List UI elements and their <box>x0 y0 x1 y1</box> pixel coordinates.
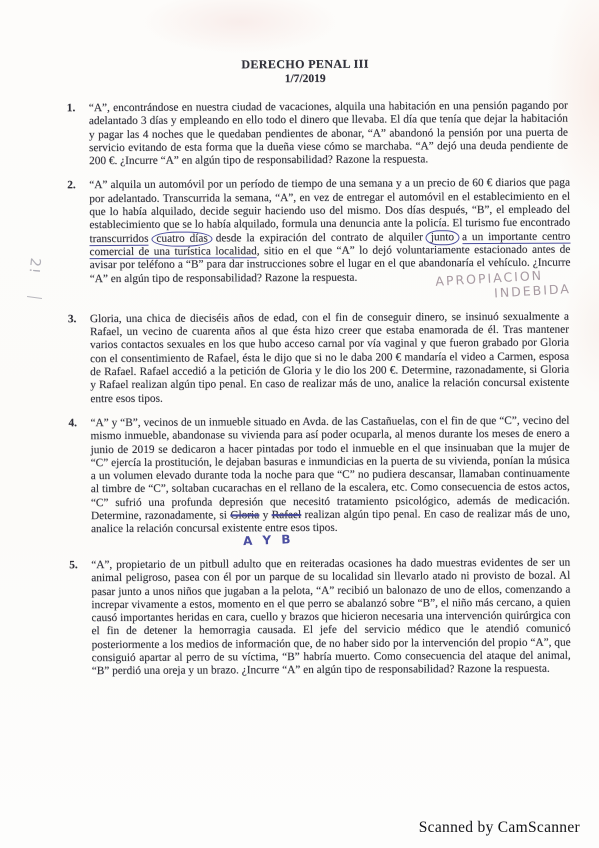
text-run: “A”, encontrándose en nuestra ciudad de … <box>89 100 568 168</box>
document-title: DERECHO PENAL III <box>13 55 598 73</box>
question-item: 2.“A” alquila un automóvil por un períod… <box>67 177 569 302</box>
margin-pencil-mark: 2! <box>25 257 43 275</box>
handwritten-text: A Y B <box>243 533 294 548</box>
question-item: 4.“A” y “B”, vecinos de un inmueble situ… <box>68 415 570 549</box>
question-item: 1.“A”, encontrándose en nuestra ciudad d… <box>67 100 568 169</box>
question-text: “A” y “B”, vecinos de un inmueble situad… <box>90 415 570 548</box>
pen-annotated-text: Rafael <box>272 509 302 521</box>
pen-annotated-text: transcurridos <box>89 232 148 245</box>
text-run: “A”, propietario de un pitbull adulto qu… <box>91 556 571 677</box>
handwritten-text: INDEBIDA <box>494 281 572 300</box>
question-item: 5.“A”, propietario de un pitbull adulto … <box>69 556 571 678</box>
question-number: 5. <box>69 559 92 679</box>
handwritten-note: A Y B <box>243 533 294 548</box>
text-run: y <box>259 509 272 521</box>
question-item: 3.Gloria, una chica de dieciséis años de… <box>68 310 569 406</box>
question-text: “A” alquila un automóvil por un período … <box>89 177 570 302</box>
question-number: 3. <box>68 313 90 406</box>
question-number: 2. <box>67 180 90 302</box>
document-header: DERECHO PENAL III 1/7/2019 <box>0 55 598 86</box>
pen-annotated-text: junto <box>426 230 459 245</box>
scanned-document-page: DERECHO PENAL III 1/7/2019 1.“A”, encont… <box>0 0 599 848</box>
handwritten-note: APROPIACIONINDEBIDA <box>435 266 571 304</box>
camscanner-watermark: Scanned by CamScanner <box>419 819 580 837</box>
text-run: “A” alquila un automóvil por un período … <box>89 177 570 231</box>
question-number: 1. <box>67 102 89 169</box>
question-text: “A”, propietario de un pitbull adulto qu… <box>91 556 571 678</box>
pen-annotated-text: cuatro días <box>151 231 212 246</box>
question-number: 4. <box>68 417 91 548</box>
question-text: “A”, encontrándose en nuestra ciudad de … <box>89 100 568 169</box>
question-text: Gloria, una chica de dieciséis años de e… <box>90 310 569 406</box>
document-content: DERECHO PENAL III 1/7/2019 1.“A”, encont… <box>0 0 599 679</box>
text-run: desde la expiración del contrato de alqu… <box>211 231 428 244</box>
text-run <box>457 231 462 243</box>
text-run: Gloria, una chica de dieciséis años de e… <box>90 310 569 404</box>
text-run: “A” y “B”, vecinos de un inmueble situad… <box>90 415 569 523</box>
pen-annotated-text: Gloria <box>230 509 259 521</box>
question-list: 1.“A”, encontrándose en nuestra ciudad d… <box>0 83 599 679</box>
